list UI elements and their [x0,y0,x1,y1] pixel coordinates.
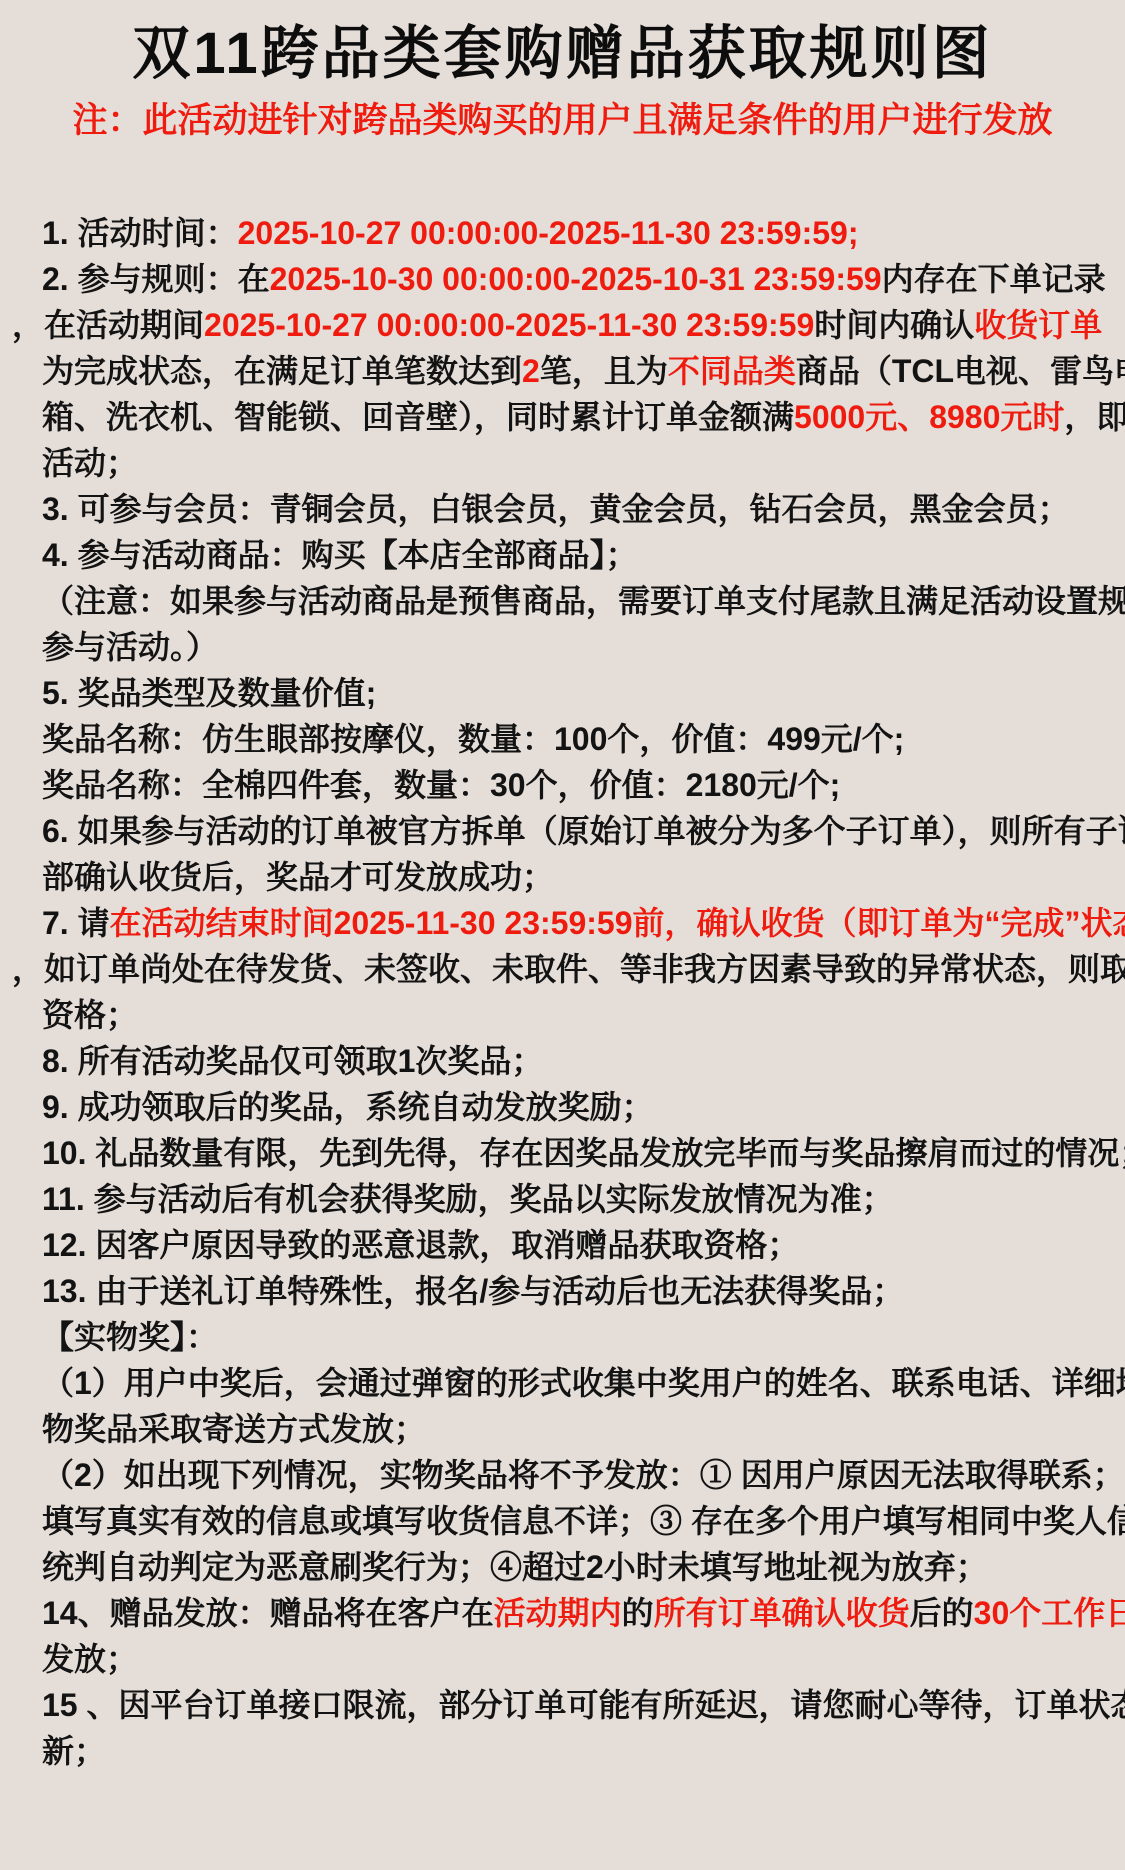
rule-text: ，即可参与 [1064,399,1125,435]
rule-line: 15 、因平台订单接口限流，部分订单可能有所延迟，请您耐心等待，订单状态会持续更 [42,1682,1101,1728]
rule-text: 13. 由于送礼订单特殊性，报名/参与活动后也无法获得奖品； [42,1273,904,1309]
rule-text: （2）如出现下列情况，实物奖品将不予发放：① 因用户原因无法取得联系；② 用户未 [42,1457,1125,1493]
rule-text: 部确认收货后，奖品才可发放成功； [42,859,554,895]
rule-line: 填写真实有效的信息或填写收货信息不详；③ 存在多个用户填写相同中奖人信息，则系 [42,1498,1101,1544]
rule-text: 商品（TCL电视、雷鸟电视、冰 [796,353,1125,389]
rule-line: 14、赠品发放：赠品将在客户在活动期内的所有订单确认收货后的30个工作日内进行 [42,1590,1101,1636]
rule-line: 3. 可参与会员：青铜会员，白银会员，黄金会员，钻石会员，黑金会员； [42,486,1101,532]
rule-text: 内存在下单记录 [882,261,1106,297]
rule-line: 1. 活动时间：2025-10-27 00:00:00-2025-11-30 2… [42,210,1101,256]
rule-line: 箱、洗衣机、智能锁、回音壁），同时累计订单金额满5000元、8980元时，即可参… [42,394,1101,440]
rule-line: 活动； [42,440,1101,486]
rule-line: 新； [42,1728,1101,1774]
rule-text: 【实物奖】： [42,1319,218,1355]
rules-list: 1. 活动时间：2025-10-27 00:00:00-2025-11-30 2… [0,210,1125,1774]
rule-text: 活动； [42,445,138,481]
rule-text: 填写真实有效的信息或填写收货信息不详；③ 存在多个用户填写相同中奖人信息，则系 [42,1503,1125,1539]
rule-text: ，如订单尚处在待发货、未签收、未取件、等非我方因素导致的异常状态，则取消中奖 [12,951,1125,987]
rule-line: 为完成状态，在满足订单笔数达到2笔，且为不同品类商品（TCL电视、雷鸟电视、冰 [42,348,1101,394]
rule-text-highlight: 2025-10-30 00:00:00-2025-10-31 23:59:59 [270,261,882,297]
rule-text: 4. 参与活动商品：购买【本店全部商品】； [42,537,638,573]
rule-text-highlight: 2 [522,353,540,389]
rule-text: 发放； [42,1641,138,1677]
rule-text-highlight: 收货订单 [974,307,1102,343]
rule-text-highlight: 30个工作日 [974,1595,1125,1631]
rule-text: 资格； [42,997,138,1033]
rule-line: 奖品名称：全棉四件套，数量：30个，价值：2180元/个; [42,762,1101,808]
rule-line: ，如订单尚处在待发货、未签收、未取件、等非我方因素导致的异常状态，则取消中奖 [12,946,1101,992]
rule-text: 1. 活动时间： [42,215,238,251]
rule-line: 奖品名称：仿生眼部按摩仪，数量：100个，价值：499元/个; [42,716,1101,762]
rule-line: 物奖品采取寄送方式发放； [42,1406,1101,1452]
rule-text: 奖品名称：全棉四件套，数量：30个，价值：2180元/个; [42,767,840,803]
rule-line: 4. 参与活动商品：购买【本店全部商品】； [42,532,1101,578]
rule-text: 14、赠品发放：赠品将在客户在 [42,1595,494,1631]
rule-line: 参与活动。） [42,624,1101,670]
rule-text: 箱、洗衣机、智能锁、回音壁），同时累计订单金额满 [42,399,794,435]
rule-text: （1）用户中奖后，会通过弹窗的形式收集中奖用户的姓名、联系电话、详细地址，实 [42,1365,1125,1401]
rule-text: 参与活动。） [42,629,218,665]
rule-text: 2. 参与规则：在 [42,261,270,297]
rule-line: 13. 由于送礼订单特殊性，报名/参与活动后也无法获得奖品； [42,1268,1101,1314]
rule-text: ，在活动期间 [12,307,204,343]
rule-text-highlight: 2025-10-27 00:00:00-2025-11-30 23:59:59 [204,307,814,343]
rule-text-highlight: 不同品类 [668,353,796,389]
rule-line: 部确认收货后，奖品才可发放成功； [42,854,1101,900]
rule-line: 12. 因客户原因导致的恶意退款，取消赠品获取资格； [42,1222,1101,1268]
rule-text: 8. 所有活动奖品仅可领取1次奖品； [42,1043,543,1079]
rule-text: 12. 因客户原因导致的恶意退款，取消赠品获取资格； [42,1227,799,1263]
rule-line: 7. 请在活动结束时间2025-11-30 23:59:59前，确认收货（即订单… [42,900,1101,946]
rule-text: 11. 参与活动后有机会获得奖励，奖品以实际发放情况为准； [42,1181,894,1217]
rule-text: 9. 成功领取后的奖品，系统自动发放奖励； [42,1089,654,1125]
rule-line: 发放； [42,1636,1101,1682]
rule-text: 奖品名称：仿生眼部按摩仪，数量：100个，价值：499元/个; [42,721,904,757]
rule-line: 10. 礼品数量有限，先到先得，存在因奖品发放完毕而与奖品擦肩而过的情况； [42,1130,1101,1176]
rule-text: 10. 礼品数量有限，先到先得，存在因奖品发放完毕而与奖品擦肩而过的情况； [42,1135,1125,1171]
rule-line: 8. 所有活动奖品仅可领取1次奖品； [42,1038,1101,1084]
rule-line: 6. 如果参与活动的订单被官方拆单（原始订单被分为多个子订单），则所有子订单需全 [42,808,1101,854]
page-subtitle: 注：此活动进针对跨品类购买的用户且满足条件的用户进行发放 [0,100,1125,142]
rule-line: 2. 参与规则：在2025-10-30 00:00:00-2025-10-31 … [42,256,1101,302]
page-title: 双11跨品类套购赠品获取规则图 [0,0,1125,90]
rule-text: 6. 如果参与活动的订单被官方拆单（原始订单被分为多个子订单），则所有子订单需全 [42,813,1125,849]
promo-rules-page: 双11跨品类套购赠品获取规则图 注：此活动进针对跨品类购买的用户且满足条件的用户… [0,0,1125,1870]
rule-text: 新； [42,1733,106,1769]
rule-line: 11. 参与活动后有机会获得奖励，奖品以实际发放情况为准； [42,1176,1101,1222]
rule-text: 5. 奖品类型及数量价值; [42,675,376,711]
rule-line: （1）用户中奖后，会通过弹窗的形式收集中奖用户的姓名、联系电话、详细地址，实 [42,1360,1101,1406]
rule-line: （2）如出现下列情况，实物奖品将不予发放：① 因用户原因无法取得联系；② 用户未 [42,1452,1101,1498]
rule-text: （注意：如果参与活动商品是预售商品，需要订单支付尾款且满足活动设置规则才可以 [42,583,1125,619]
rule-line: 5. 奖品类型及数量价值; [42,670,1101,716]
rule-text: 时间内确认 [814,307,974,343]
rule-text: 的 [622,1595,654,1631]
rule-line: 9. 成功领取后的奖品，系统自动发放奖励； [42,1084,1101,1130]
rule-text: 7. 请 [42,905,110,941]
rule-line: ，在活动期间2025-10-27 00:00:00-2025-11-30 23:… [12,302,1101,348]
rule-text-highlight: 活动期内 [494,1595,622,1631]
rule-text: 物奖品采取寄送方式发放； [42,1411,426,1447]
rule-text-highlight: 2025-10-27 00:00:00-2025-11-30 23:59:59; [238,215,859,251]
rule-line: 【实物奖】： [42,1314,1101,1360]
rule-text: 为完成状态，在满足订单笔数达到 [42,353,522,389]
rule-text-highlight: 在活动结束时间2025-11-30 23:59:59前，确认收货（即订单为“完成… [110,905,1125,941]
rule-text: 15 、因平台订单接口限流，部分订单可能有所延迟，请您耐心等待，订单状态会持续更 [42,1687,1125,1723]
rule-text-highlight: 5000元、8980元时 [794,399,1064,435]
rule-line: 资格； [42,992,1101,1038]
rule-text: 笔，且为 [540,353,668,389]
rule-text-highlight: 所有订单确认收货 [654,1595,910,1631]
rule-text: 3. 可参与会员：青铜会员，白银会员，黄金会员，钻石会员，黑金会员； [42,491,1070,527]
rule-text: 后的 [910,1595,974,1631]
rule-line: （注意：如果参与活动商品是预售商品，需要订单支付尾款且满足活动设置规则才可以 [42,578,1101,624]
rule-text: 统判自动判定为恶意刷奖行为；④超过2小时未填写地址视为放弃； [42,1549,988,1585]
rule-line: 统判自动判定为恶意刷奖行为；④超过2小时未填写地址视为放弃； [42,1544,1101,1590]
